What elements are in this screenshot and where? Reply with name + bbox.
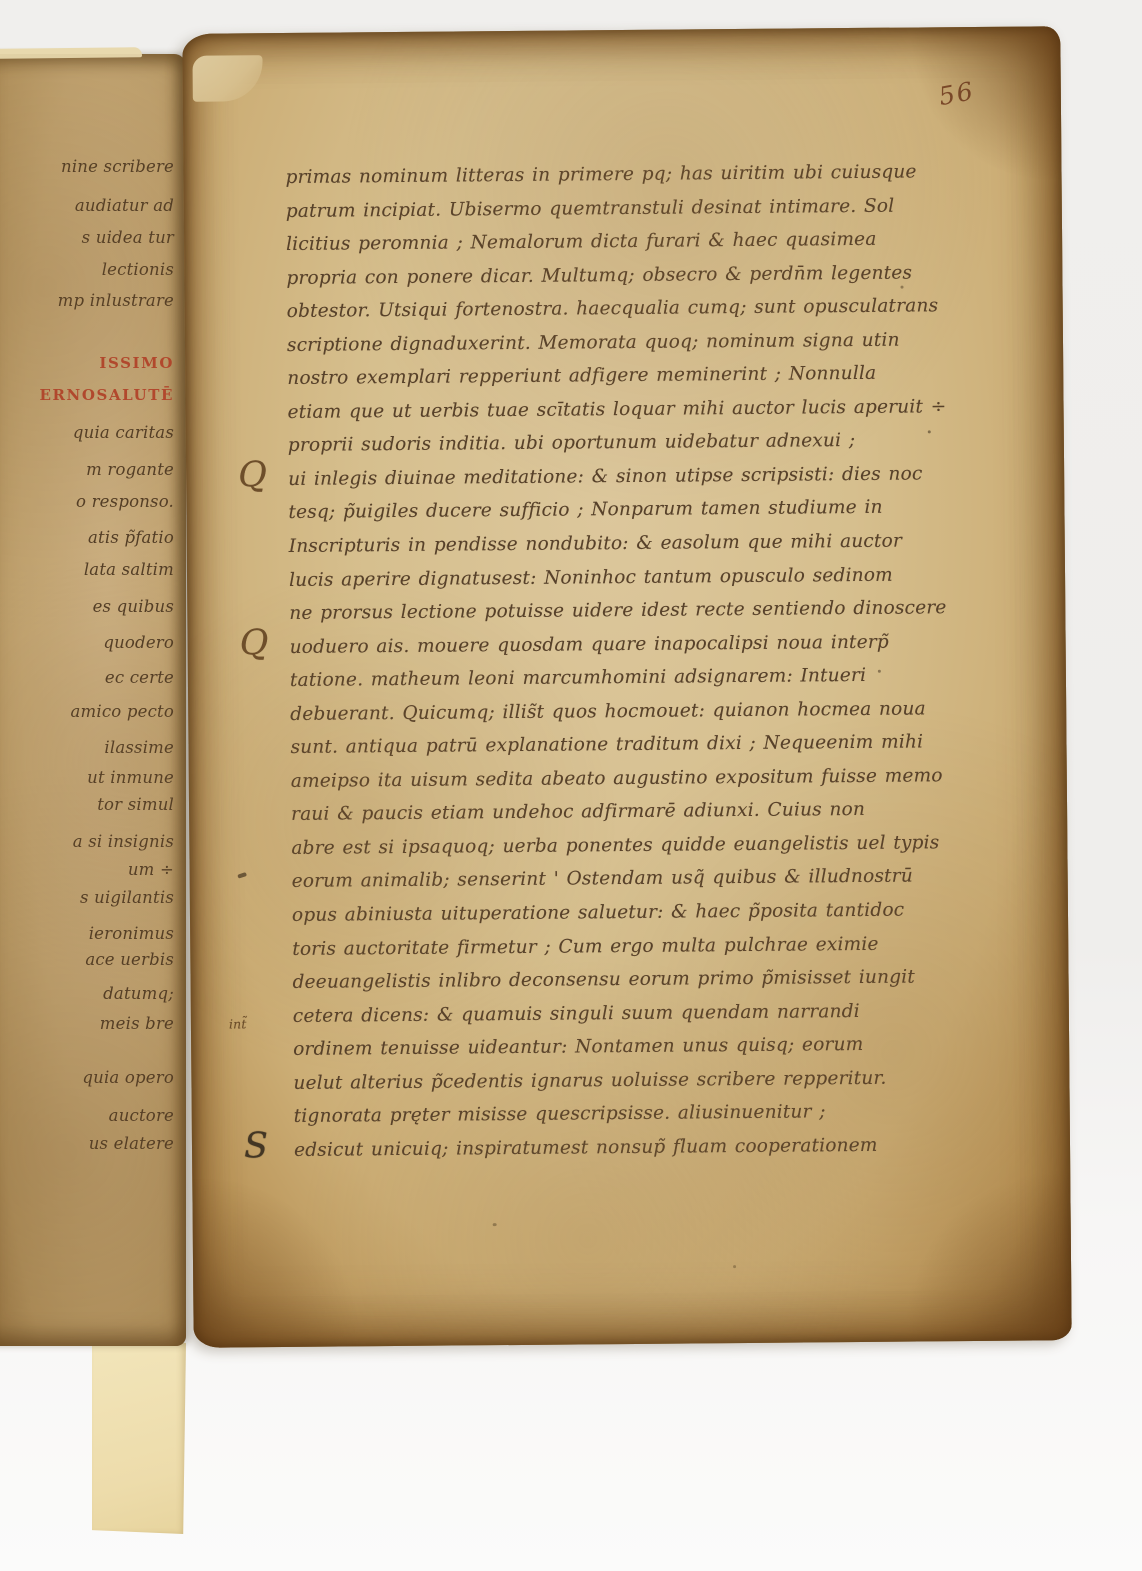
- line-text: edsicut unicuiq; inspiratumest nonsup̃ f…: [294, 1135, 878, 1161]
- decorated-initial: S: [244, 1131, 268, 1161]
- marginal-note: int̃: [229, 1009, 247, 1039]
- line-text: uelut alterius p̃cedentis ignarus uoluis…: [293, 1068, 886, 1094]
- manuscript-line: obtestor. Utsiqui fortenostra. haecquali…: [287, 291, 947, 330]
- line-text: tatione. matheum leoni marcumhomini adsi…: [290, 665, 866, 691]
- line-text: toris auctoritate firmetur ; Cum ergo mu…: [292, 933, 879, 959]
- manuscript-line: scriptione dignaduxerint. Memorata quoq;…: [287, 325, 947, 364]
- line-text: ameipso ita uisum sedita abeato augustin…: [291, 765, 943, 792]
- left-page-text-fragment: quodero: [103, 633, 174, 652]
- left-page-text-fragment: us elatere: [89, 1134, 174, 1153]
- decorated-initial: Q: [239, 628, 268, 658]
- left-page-text-fragment: es quibus: [93, 597, 174, 616]
- line-text: raui & paucis etiam undehoc adfirmarē ad…: [291, 799, 865, 825]
- manuscript-page[interactable]: 56 primas nominum litteras in primere pq…: [182, 26, 1071, 1348]
- folio-number: 56: [937, 76, 977, 111]
- left-page-text-fragment: s uigilantis: [80, 888, 174, 907]
- page-corner-curl: [192, 55, 262, 102]
- line-text: obtestor. Utsiqui fortenostra. haecquali…: [287, 295, 939, 322]
- left-page-text-fragment: auctore: [109, 1106, 174, 1125]
- manuscript-line: licitius peromnia ; Nemalorum dicta fura…: [286, 224, 946, 263]
- left-page-text-fragment: quia caritas: [73, 423, 174, 442]
- manuscript-line: ameipso ita uisum sedita abeato augustin…: [291, 761, 951, 800]
- left-page-text-fragment: um ÷: [128, 860, 174, 879]
- line-text: primas nominum litteras in primere pq; h…: [285, 161, 916, 188]
- left-page-text-fragment: ilassime: [104, 738, 174, 757]
- manuscript-line: ordinem tenuisse uideantur: Nontamen unu…: [293, 1029, 953, 1068]
- ink-speck: [493, 1223, 497, 1226]
- left-page-rubric-fragment: ERNOSALUTĒ: [39, 386, 174, 404]
- decorated-initial: Q: [238, 460, 267, 490]
- line-text: ne prorsus lectione potuisse uidere ides…: [289, 597, 946, 624]
- left-page-text-fragment: lata saltim: [84, 560, 174, 579]
- left-page-text-fragment: audiatur ad: [75, 196, 174, 215]
- ink-speck: [733, 1265, 736, 1268]
- line-text: tesq; p̃uigiles ducere sufficio ; Nonpar…: [288, 497, 882, 523]
- ink-speck: [237, 872, 247, 879]
- left-page-text-fragment: s uidea tur: [82, 228, 174, 247]
- manuscript-line: raui & paucis etiam undehoc adfirmarē ad…: [291, 795, 951, 834]
- manuscript-line: sunt. antiqua patrū explanatione traditu…: [290, 727, 950, 766]
- manuscript-photograph: { "page": { "folio_number": "56", "backg…: [0, 0, 1142, 1571]
- line-text: Inscripturis in pendisse nondubito: & ea…: [289, 531, 902, 557]
- left-page-text-fragment: amico pecto: [70, 702, 174, 721]
- left-facing-page[interactable]: nine scribereaudiatur ads uidea turlecti…: [0, 54, 186, 1346]
- left-page-text-fragment: mp inlustrare: [58, 291, 174, 310]
- line-text: uoduero ais. mouere quosdam quare inapoc…: [290, 631, 889, 657]
- line-text: sunt. antiqua patrū explanatione traditu…: [290, 732, 923, 759]
- line-text: debuerant. Quicumq; illis̃t quos hocmoue…: [290, 698, 926, 725]
- left-page-text-fragment: ieronimus: [89, 924, 174, 943]
- left-page-text-fragment: ace uerbis: [85, 950, 174, 969]
- manuscript-line: Sedsicut unicuiq; inspiratumest nonsup̃ …: [294, 1130, 954, 1169]
- line-text: propria con ponere dicar. Multumq; obsec…: [286, 262, 912, 288]
- line-text: scriptione dignaduxerint. Memorata quoq;…: [287, 329, 900, 355]
- line-text: eorum animalib; senserint ' Ostendam usq…: [292, 866, 913, 892]
- left-page-text-fragment: ec certe: [105, 668, 174, 687]
- left-page-text-fragment: a si insignis: [73, 832, 174, 851]
- line-text: ordinem tenuisse uideantur: Nontamen unu…: [293, 1034, 863, 1060]
- line-text: nostro exemplari repperiunt adfigere mem…: [287, 363, 876, 389]
- left-page-text-fragment: atis p̃fatio: [88, 528, 174, 547]
- manuscript-line: tignorata pręter misisse quescripsisse. …: [294, 1096, 954, 1135]
- left-page-text-fragment: datumq;: [103, 984, 174, 1003]
- left-page-rubric-fragment: ISSIMO: [99, 354, 174, 372]
- left-page-text-fragment: lectionis: [102, 260, 174, 279]
- line-text: patrum incipiat. Ubisermo quemtranstuli …: [286, 195, 895, 221]
- left-page-text-fragment: ut inmune: [87, 768, 174, 787]
- left-page-text-fragment: meis bre: [100, 1014, 174, 1033]
- manuscript-line: uelut alterius p̃cedentis ignarus uoluis…: [293, 1063, 953, 1102]
- line-text: tignorata pręter misisse quescripsisse. …: [294, 1102, 826, 1128]
- left-page-text-fragment: m rogante: [86, 460, 174, 479]
- main-text-block: primas nominum litteras in primere pq; h…: [285, 157, 954, 1169]
- left-page-text-fragment: o responso.: [76, 492, 174, 511]
- left-page-fragments: nine scribereaudiatur ads uidea turlecti…: [0, 54, 186, 1346]
- line-text: ui inlegis diuinae meditatione: & sinon …: [288, 463, 923, 490]
- line-text: abre est si ipsaquoq; uerba ponentes qui…: [291, 832, 939, 859]
- manuscript-line: propria con ponere dicar. Multumq; obsec…: [286, 258, 946, 297]
- manuscript-line: nostro exemplari repperiunt adfigere mem…: [287, 358, 947, 397]
- line-text: deeuangelistis inlibro deconsensu eorum …: [292, 967, 915, 993]
- manuscript-line: debuerant. Quicumq; illis̃t quos hocmoue…: [290, 694, 950, 733]
- left-page-text-fragment: quia opero: [82, 1068, 174, 1087]
- flyleaf-sheet: [92, 1340, 186, 1534]
- manuscript-line: Quoduero ais. mouere quosdam quare inapo…: [290, 627, 950, 666]
- manuscript-line: tatione. matheum leoni marcumhomini adsi…: [290, 660, 950, 699]
- line-text: etiam que ut uerbis tuae scītatis loquar…: [287, 396, 946, 423]
- line-text: licitius peromnia ; Nemalorum dicta fura…: [286, 229, 877, 255]
- line-text: lucis aperire dignatusest: Noninhoc tant…: [289, 564, 893, 590]
- line-text: proprii sudoris inditia. ubi oportunum u…: [288, 430, 856, 456]
- left-page-text-fragment: nine scribere: [61, 157, 174, 176]
- left-page-text-fragment: tor simul: [97, 795, 174, 814]
- line-text: cetera dicens: & quamuis singuli suum qu…: [293, 1001, 860, 1027]
- line-text: opus abiniusta uituperatione saluetur: &…: [292, 900, 905, 926]
